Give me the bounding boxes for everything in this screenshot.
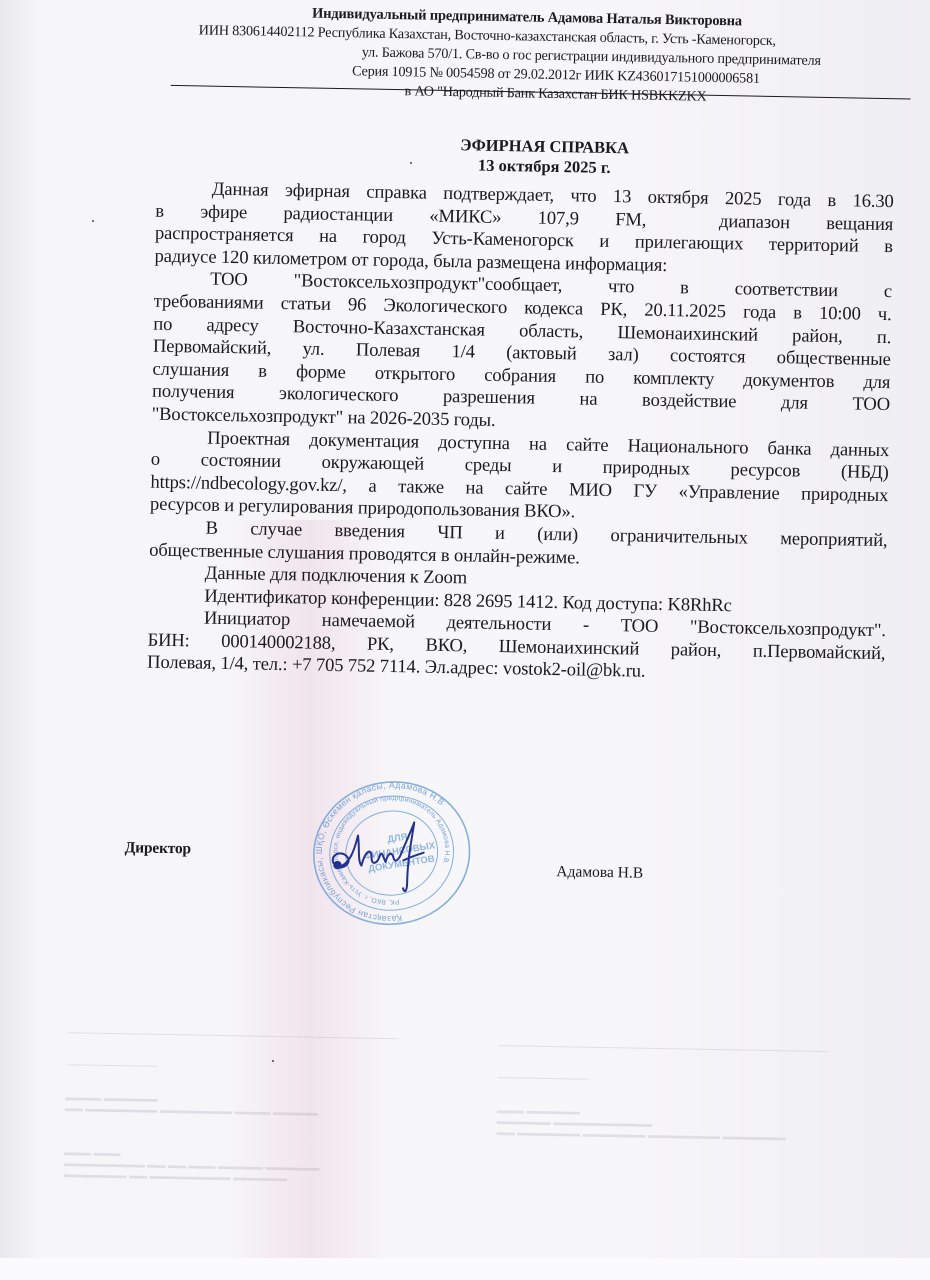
word: с [884, 281, 893, 304]
word: ул. [302, 339, 324, 362]
word: п.Первомайский, [753, 641, 886, 666]
word: вещания [826, 213, 893, 237]
word: о [151, 449, 161, 472]
word: 2025 [725, 188, 762, 211]
word: 13 [613, 186, 632, 209]
word: область, [519, 320, 584, 344]
word: в [884, 236, 893, 259]
word: прилегающих [635, 232, 744, 257]
word: ТОО [852, 394, 890, 417]
bleed-through-line [498, 1045, 828, 1052]
letterhead: Индивидуальный предприниматель Адамова Н… [205, 3, 907, 111]
word: окружающей [321, 452, 424, 476]
word: данных [830, 439, 889, 463]
word: разрешения [443, 386, 535, 410]
word: сайте [505, 478, 548, 501]
word: Первомайский, [153, 336, 272, 361]
word: 000140002188, [221, 631, 336, 656]
document-heading: ЭФИРНАЯ СПРАВКА 13 октября 2025 г. [304, 132, 785, 181]
word: собрания [484, 364, 556, 388]
word: Проектная [207, 427, 290, 451]
word: 107,9 [538, 207, 580, 230]
word: район, [671, 639, 722, 663]
word: комплекту [633, 367, 714, 391]
word: природных [602, 457, 690, 481]
bleed-through-text: ▬▬▬ ▬▬▬▬▬▬▬▬▬▬▬▬ ▬▬ ▬▬ ▬▬▬ ▬▬▬▬▬ ▬▬▬▬▬▬▬… [64, 1147, 395, 1186]
word: соответствии [734, 279, 838, 303]
word: «МИКС» [429, 205, 501, 229]
word: экологического [279, 383, 399, 408]
bleed-through-text: ▬▬▬ ▬▬▬▬▬▬▬▬▬▬▬▬ ▬▬▬▬▬▬▬▬▬▬▬▬▬ ▬▬▬▬▬▬▬ ▬… [496, 1105, 837, 1144]
word: В [205, 518, 218, 541]
word: адресу [206, 314, 259, 338]
word: состоятся [670, 345, 746, 369]
word: на [579, 389, 597, 412]
word: а [368, 475, 377, 498]
word: ГУ [633, 480, 657, 503]
word: радиостанции [283, 203, 393, 228]
word: и [599, 231, 609, 254]
paragraph-documentation: ПроектнаядокументациядоступнанасайтеНаци… [150, 426, 890, 530]
word: в [793, 302, 802, 325]
word: (актовый [506, 342, 577, 366]
word: район, [792, 325, 843, 349]
word: п. [877, 326, 892, 349]
word: среды [465, 454, 512, 477]
scan-speck [92, 220, 94, 222]
word: деятельности [446, 612, 551, 637]
word: кодекса [524, 297, 583, 321]
word: по [153, 313, 172, 336]
word: в [680, 278, 689, 301]
word: эфирная [285, 180, 350, 204]
word: распространяется [155, 223, 294, 248]
official-stamp-icon: Қазақстан Республикасы, ШҚО, Өскемен қал… [306, 777, 477, 930]
word: воздействие [642, 390, 737, 414]
word: для [863, 371, 890, 394]
word: территорий [769, 234, 859, 258]
word: на [465, 477, 483, 500]
scan-speck [272, 1060, 274, 1062]
word: что [570, 185, 597, 208]
document-page: Индивидуальный предприниматель Адамова Н… [0, 0, 930, 1280]
word: доступна [438, 431, 510, 455]
word: РК, [367, 633, 394, 656]
word: слушания [152, 358, 229, 382]
word: природных [801, 483, 889, 507]
word: также [398, 476, 444, 499]
paragraph-announcement: ТОО"Востоксельхозпродукт"сообщает,чтовсо… [151, 268, 892, 440]
word: и [552, 456, 562, 479]
word: что [608, 276, 635, 299]
signature-name: Адамова Н.В [556, 863, 643, 883]
bleed-through-line [68, 1032, 398, 1039]
bleed-through-line [68, 1064, 158, 1067]
bleed-through-text: ▬▬▬▬ ▬▬▬▬▬▬▬▬ ▬▬▬▬▬▬▬▬ ▬▬▬▬▬▬▬▬ ▬▬▬▬ ▬▬▬… [65, 1092, 365, 1119]
paragraph-initiator: Инициаторнамечаемойдеятельности-ТОО"Вост… [147, 607, 886, 688]
word: в [827, 190, 836, 213]
word: ограничительных [610, 525, 748, 550]
word: намечаемой [322, 610, 416, 634]
word: Шемонаихинский [499, 636, 640, 661]
document-body: Даннаяэфирнаясправкаподтверждает,что13ок… [147, 178, 894, 689]
word: 10:00 [819, 303, 861, 326]
word: статьи [281, 293, 331, 317]
bleed-through-line [498, 1077, 588, 1080]
word: РК, [600, 299, 627, 322]
word: Усть-Каменогорск [431, 228, 574, 253]
word: - [583, 615, 589, 638]
word: (НБД) [841, 461, 889, 484]
word: МИО [569, 479, 612, 502]
word: FM, [615, 209, 646, 232]
word: ЧП [437, 522, 463, 545]
word: ТОО [210, 269, 248, 292]
word: Шемонаихинский [617, 322, 758, 347]
word: в [155, 200, 164, 223]
word: ч. [878, 304, 892, 327]
word: 20.11.2025 [644, 300, 726, 324]
word: ресурсов [730, 459, 800, 483]
word: на [529, 433, 547, 456]
word: и [495, 523, 505, 546]
word: банка [767, 437, 811, 460]
word: случае [250, 518, 302, 542]
word: состоянии [201, 450, 282, 474]
word: ТОО [620, 616, 658, 639]
word: на [319, 226, 337, 249]
paragraph-broadcast: Даннаяэфирнаясправкаподтверждает,что13ок… [154, 178, 894, 282]
word: «Управление [678, 481, 779, 505]
word: город [362, 227, 406, 250]
word: 16.30 [852, 190, 894, 213]
signature-role: Директор [125, 839, 192, 858]
word: Данная [212, 179, 269, 203]
word: введения [334, 520, 405, 544]
word: открытого [375, 362, 456, 386]
word: БИН: [147, 629, 190, 652]
word: зал) [608, 344, 639, 367]
word: (или) [537, 524, 578, 547]
word: ВКО, [425, 635, 467, 658]
scan-speck [410, 162, 412, 164]
word: требованиями [154, 291, 264, 316]
word: подтверждает, [443, 183, 554, 208]
word: Полевая [356, 340, 421, 364]
word: Национального [627, 435, 748, 460]
word: общественные [777, 347, 891, 372]
word: мероприятий, [780, 528, 888, 553]
word: получения [152, 381, 235, 405]
word: 96 [348, 294, 367, 317]
word: Инициатор [204, 608, 291, 632]
word: 1/4 [451, 341, 475, 364]
word: года [778, 189, 811, 212]
word: в [258, 360, 267, 383]
word: Экологического [383, 295, 507, 320]
word: октября [648, 187, 709, 211]
word: документов [743, 369, 834, 393]
word: форме [296, 361, 346, 384]
word: диапазон [719, 211, 790, 235]
word: сайте [566, 434, 609, 457]
word: года [743, 301, 776, 324]
scan-bottom-edge [0, 1258, 930, 1280]
word: для [781, 392, 808, 415]
word: справка [366, 182, 427, 206]
word: по [585, 366, 604, 389]
word: документация [309, 429, 419, 454]
word: эфире [200, 201, 247, 224]
